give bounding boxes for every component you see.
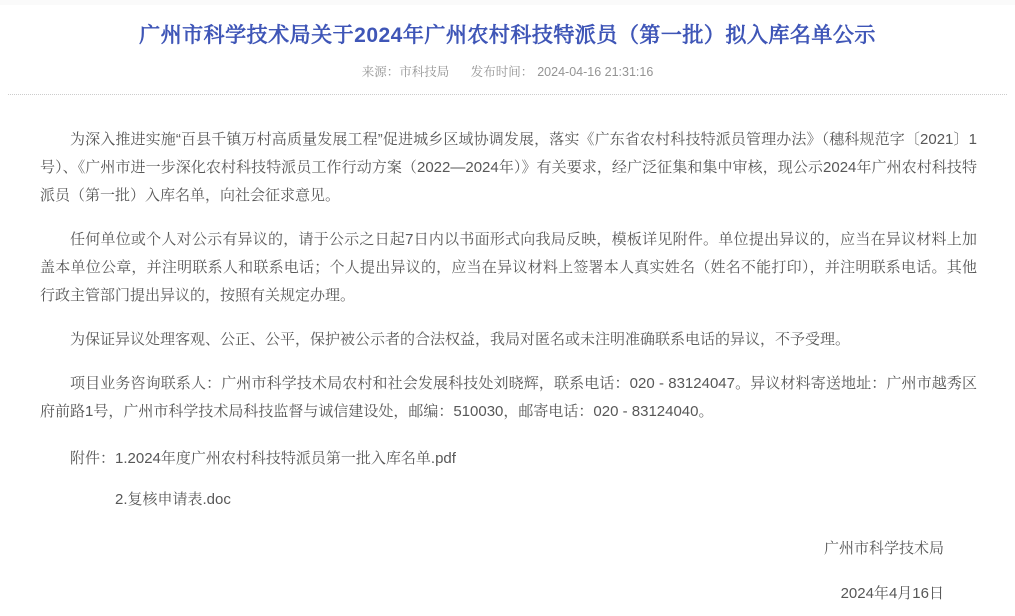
attachment-link-review-form-doc[interactable]: 2.复核申请表.doc	[115, 491, 231, 508]
attachment-row-1: 附件：1.2024年度广州农村科技特派员第一批入库名单.pdf	[40, 445, 977, 473]
meta-publish-time: 发布时间：2024-04-16 21:31:16	[471, 65, 654, 79]
article-header: 广州市科学技术局关于2024年广州农村科技特派员（第一批）拟入库名单公示 来源：…	[0, 5, 1015, 80]
attachments-label: 附件：	[70, 450, 115, 467]
signoff-block: 广州市科学技术局 2024年4月16日	[40, 535, 977, 608]
meta-source-label: 来源：	[362, 65, 400, 79]
attachment-row-2: 2.复核申请表.doc	[40, 486, 977, 514]
attachments-section: 附件：1.2024年度广州农村科技特派员第一批入库名单.pdf 2.复核申请表.…	[40, 445, 977, 514]
meta-source: 来源：市科技局	[362, 65, 450, 79]
article-body: 为深入推进实施“百县千镇万村高质量发展工程”促进城乡区域协调发展，落实《广东省农…	[0, 95, 1015, 608]
paragraph-objection-procedure: 任何单位或个人对公示有异议的，请于公示之日起7日内以书面形式向我局反映，模板详见…	[40, 226, 977, 310]
article-meta: 来源：市科技局 发布时间：2024-04-16 21:31:16	[0, 64, 1015, 80]
meta-time-value: 2024-04-16 21:31:16	[537, 65, 653, 79]
announcement-page: 广州市科学技术局关于2024年广州农村科技特派员（第一批）拟入库名单公示 来源：…	[0, 0, 1015, 616]
meta-source-value: 市科技局	[399, 65, 449, 79]
paragraph-fairness-note: 为保证异议处理客观、公正、公平，保护被公示者的合法权益，我局对匿名或未注明准确联…	[40, 326, 977, 354]
page-title: 广州市科学技术局关于2024年广州农村科技特派员（第一批）拟入库名单公示	[0, 22, 1015, 49]
paragraph-contact-info: 项目业务咨询联系人：广州市科学技术局农村和社会发展科技处刘晓辉，联系电话：020…	[40, 370, 977, 426]
signoff-date: 2024年4月16日	[40, 580, 944, 608]
meta-time-label: 发布时间：	[471, 65, 534, 79]
attachment-link-namelist-pdf[interactable]: 1.2024年度广州农村科技特派员第一批入库名单.pdf	[115, 450, 456, 467]
paragraph-intro: 为深入推进实施“百县千镇万村高质量发展工程”促进城乡区域协调发展，落实《广东省农…	[40, 126, 977, 210]
signoff-organization: 广州市科学技术局	[40, 535, 944, 563]
